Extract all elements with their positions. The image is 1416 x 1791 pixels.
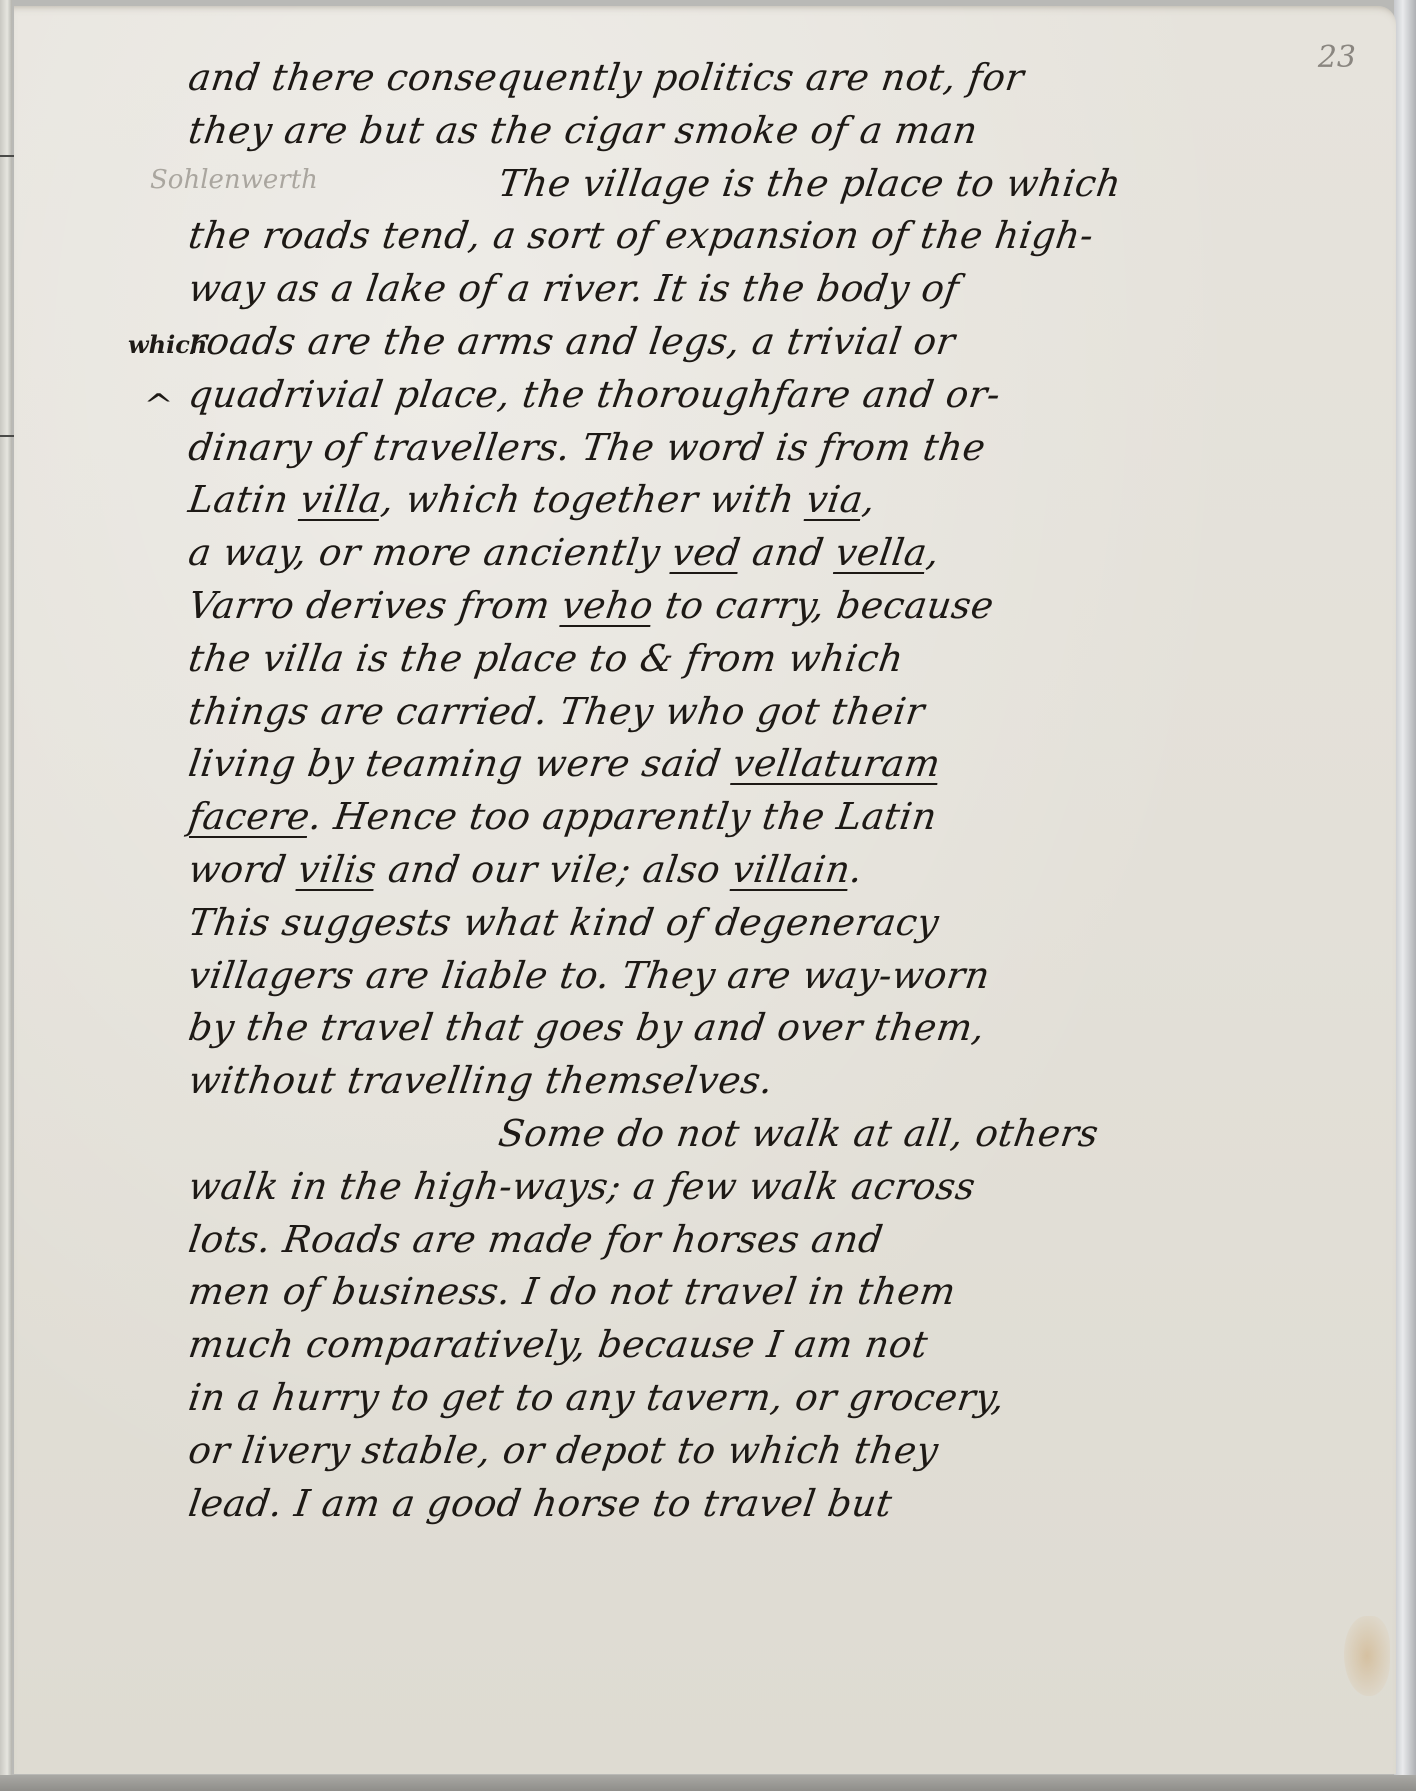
line-text: This suggests what kind of degeneracy [186, 901, 942, 944]
line-text: word [186, 848, 302, 891]
line-text: quadrivial place, the thoroughfare and o… [186, 373, 1003, 416]
manuscript-line: way as a lake of a river. It is the body… [185, 263, 1362, 316]
line-text: Varro derives from [186, 584, 565, 627]
manuscript-line: lead. I am a good horse to travel but [185, 1478, 1362, 1531]
manuscript-line: quadrivial place, the thoroughfare and o… [185, 369, 1362, 422]
underlined-word: via [804, 478, 866, 521]
manuscript-line: things are carried. They who got their [185, 686, 1362, 739]
line-text: The village is the place to which [496, 162, 1124, 205]
line-text: Latin [186, 478, 304, 521]
line-text: . Hence too apparently the Latin [307, 795, 940, 838]
underlined-word: ved [669, 531, 743, 574]
manuscript-line: by the travel that goes by and over them… [185, 1002, 1362, 1055]
line-text: roads are the arms and legs, a trivial o… [186, 320, 958, 363]
manuscript-line: much comparatively, because I am not [185, 1319, 1362, 1372]
manuscript-line: a way, or more anciently ved and vella, [185, 527, 1362, 580]
manuscript-line: lots. Roads are made for horses and [185, 1214, 1362, 1267]
line-text: men of business. I do not travel in them [186, 1270, 959, 1313]
manuscript-line: they are but as the cigar smoke of a man [185, 105, 1362, 158]
manuscript-line: walk in the high-ways; a few walk across [185, 1161, 1362, 1214]
line-text: , which together with [379, 478, 810, 521]
line-text: and there consequently politics are not,… [186, 56, 1027, 99]
line-text: and [737, 531, 839, 574]
underlined-word: villa [298, 478, 385, 521]
manuscript-line: or livery stable, or depot to which they [185, 1425, 1362, 1478]
manuscript-line: the villa is the place to & from which [185, 633, 1362, 686]
manuscript-line: This suggests what kind of degeneracy [185, 897, 1362, 950]
frame-bottom-edge [0, 1775, 1416, 1791]
line-text: walk in the high-ways; a few walk across [186, 1165, 978, 1208]
line-text: much comparatively, because I am not [186, 1323, 931, 1366]
line-text: the villa is the place to & from which [186, 637, 907, 680]
manuscript-line: in a hurry to get to any tavern, or groc… [185, 1372, 1362, 1425]
manuscript-line: Varro derives from veho to carry, becaus… [185, 580, 1362, 633]
manuscript-line: roads are the arms and legs, a trivial o… [185, 316, 1362, 369]
line-text: way as a lake of a river. It is the body… [186, 267, 962, 310]
handwritten-text-block: and there consequently politics are not,… [185, 52, 1355, 1530]
manuscript-line: dinary of travellers. The word is from t… [185, 422, 1362, 475]
line-text: dinary of travellers. The word is from t… [186, 426, 989, 469]
manuscript-line: and there consequently politics are not,… [185, 52, 1362, 105]
line-text: villagers are liable to. They are way-wo… [186, 954, 993, 997]
frame-right-edge [1394, 0, 1416, 1791]
manuscript-line: villagers are liable to. They are way-wo… [185, 950, 1362, 1003]
line-text: the roads tend, a sort of expansion of t… [186, 214, 1097, 257]
underlined-word: vilis [295, 848, 379, 891]
line-text: things are carried. They who got their [186, 690, 928, 733]
underlined-word: vella [833, 531, 930, 574]
line-text: to carry, because [650, 584, 996, 627]
paper-stain [1344, 1616, 1390, 1696]
underlined-word: villain [730, 848, 854, 891]
line-text: in a hurry to get to any tavern, or groc… [186, 1376, 1008, 1419]
underlined-word: veho [559, 584, 656, 627]
line-text: lots. Roads are made for horses and [186, 1218, 886, 1261]
underlined-word: facere [186, 795, 313, 838]
manuscript-line: Some do not walk at all, others [185, 1108, 1362, 1161]
line-text: a way, or more anciently [186, 531, 676, 574]
insertion-caret-icon: ^ [143, 388, 173, 423]
line-text: lead. I am a good horse to travel but [186, 1482, 895, 1525]
line-text: without travelling themselves. [186, 1059, 776, 1102]
manuscript-line: without travelling themselves. [185, 1055, 1362, 1108]
line-text: they are but as the cigar smoke of a man [186, 109, 981, 152]
manuscript-line: The village is the place to which [185, 158, 1362, 211]
manuscript-line: word vilis and our vile; also villain. [185, 844, 1362, 897]
line-text: living by teaming were said [186, 742, 736, 785]
line-text: Some do not walk at all, others [496, 1112, 1102, 1155]
line-text: and our vile; also [373, 848, 735, 891]
line-text: by the travel that goes by and over them… [186, 1006, 988, 1049]
underlined-word: vellaturam [730, 742, 943, 785]
manuscript-line: the roads tend, a sort of expansion of t… [185, 210, 1362, 263]
frame-left-edge [0, 0, 12, 1791]
manuscript-line: men of business. I do not travel in them [185, 1266, 1362, 1319]
manuscript-line: Latin villa, which together with via, [185, 474, 1362, 527]
line-text: or livery stable, or depot to which they [186, 1429, 941, 1472]
manuscript-line: facere. Hence too apparently the Latin [185, 791, 1362, 844]
manuscript-line: living by teaming were said vellaturam [185, 738, 1362, 791]
